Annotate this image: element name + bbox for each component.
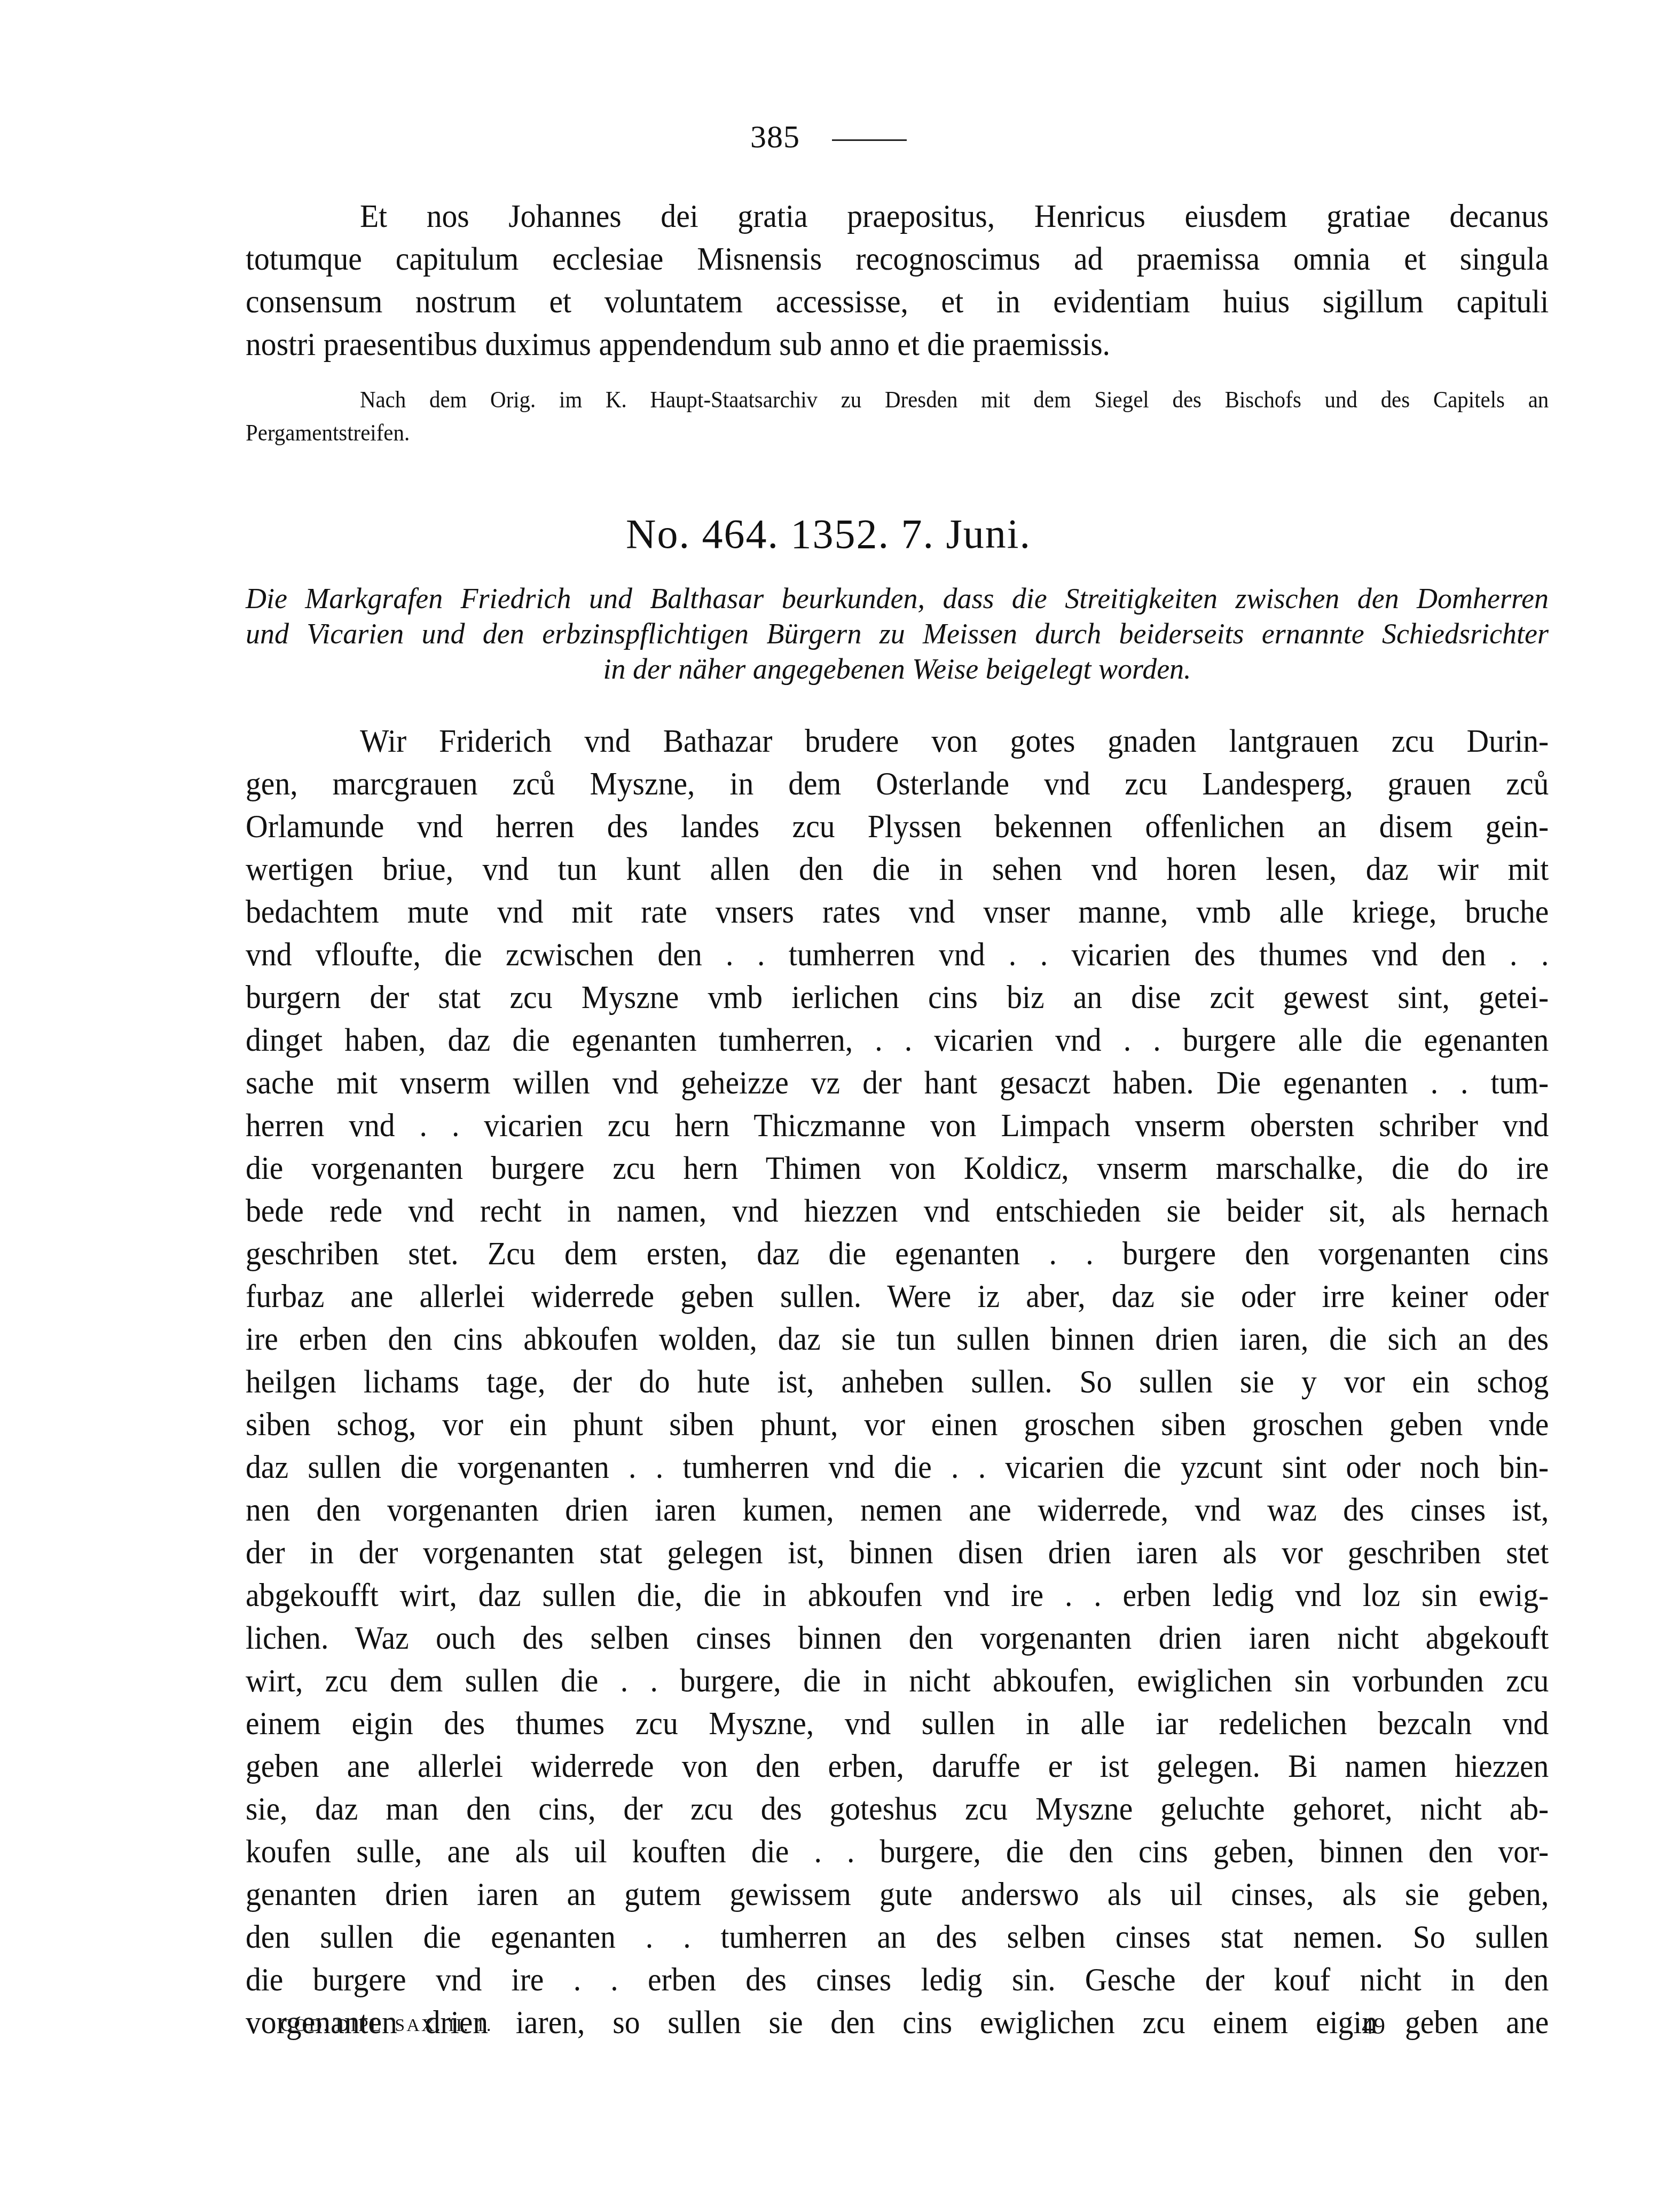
text-line: gen, marcgrauen zců Myszne, in dem Oster… <box>246 762 1549 805</box>
text-line: wertigen briue, vnd tun kunt allen den d… <box>246 848 1549 891</box>
text-line: die burgere vnd ire . . erben des cinses… <box>246 1958 1549 2001</box>
text-line: sache mit vnserm willen vnd geheizze vz … <box>246 1061 1549 1104</box>
text-line: Et nos Johannes dei gratia praepositus, … <box>246 195 1549 238</box>
text-line: sie, daz man den cins, der zcu des gotes… <box>246 1788 1549 1830</box>
text-line: furbaz ane allerlei widerrede geben sull… <box>246 1275 1549 1318</box>
document-body: Wir Friderich vnd Bathazar brudere von g… <box>246 720 1549 2044</box>
text-line: geschriben stet. Zcu dem ersten, daz die… <box>246 1232 1549 1275</box>
text-line: lichen. Waz ouch des selben cinses binne… <box>246 1617 1549 1659</box>
text-line: daz sullen die vorgenanten . . tumherren… <box>246 1446 1549 1489</box>
summary-line: und Vicarien und den erbzinspflichtigen … <box>246 616 1549 651</box>
text-line: herren vnd . . vicarien zcu hern Thiczma… <box>246 1104 1549 1147</box>
signature-mark: COD. DIPL. SAX. II. 1. <box>280 2016 493 2036</box>
text-line: vnd vfloufte, die zcwischen den . . tumh… <box>246 933 1549 976</box>
document-heading: No. 464. 1352. 7. Juni. <box>0 510 1657 558</box>
page-number-text: 385 <box>750 119 800 154</box>
text-line: dinget haben, daz die egenanten tumherre… <box>246 1019 1549 1061</box>
source-note: Nach dem Orig. im K. Haupt-Staatsarchiv … <box>246 383 1549 450</box>
text-line: einem eigin des thumes zcu Myszne, vnd s… <box>246 1702 1549 1745</box>
text-line: geben ane allerlei widerrede von den erb… <box>246 1745 1549 1788</box>
text-line: die vorgenanten burgere zcu hern Thimen … <box>246 1147 1549 1190</box>
text-line: abgekoufft wirt, daz sullen die, die in … <box>246 1574 1549 1617</box>
text-line: nostri praesentibus duximus appendendum … <box>246 323 1549 366</box>
text-line: den sullen die egenanten . . tumherren a… <box>246 1916 1549 1958</box>
page-number: 385 <box>0 119 1657 155</box>
summary-line: in der näher angegebenen Weise beigelegt… <box>246 651 1549 687</box>
text-line: heilgen lichams tage, der do hute ist, a… <box>246 1360 1549 1403</box>
summary-line: Die Markgrafen Friedrich und Balthasar b… <box>246 581 1549 616</box>
text-line: burgern der stat zcu Myszne vmb ierliche… <box>246 976 1549 1019</box>
text-line: totumque capitulum ecclesiae Misnensis r… <box>246 238 1549 280</box>
sheet-number: 49 <box>1362 2012 1385 2040</box>
text-line: siben schog, vor ein phunt siben phunt, … <box>246 1403 1549 1446</box>
text-line: Orlamunde vnd herren des landes zcu Plys… <box>246 805 1549 848</box>
text-line: der in der vorgenanten stat gelegen ist,… <box>246 1531 1549 1574</box>
note-line: Nach dem Orig. im K. Haupt-Staatsarchiv … <box>246 383 1549 416</box>
header-dash <box>832 139 907 141</box>
text-line: wirt, zcu dem sullen die . . burgere, di… <box>246 1659 1549 1702</box>
text-line: genanten drien iaren an gutem gewissem g… <box>246 1873 1549 1916</box>
text-line: consensum nostrum et voluntatem accessis… <box>246 280 1549 323</box>
text-line: ire erben den cins abkoufen wolden, daz … <box>246 1318 1549 1360</box>
document-summary: Die Markgrafen Friedrich und Balthasar b… <box>246 581 1549 687</box>
text-line: bede rede vnd recht in namen, vnd hiezze… <box>246 1190 1549 1232</box>
intro-paragraph: Et nos Johannes dei gratia praepositus, … <box>246 195 1549 366</box>
text-line: nen den vorgenanten drien iaren kumen, n… <box>246 1489 1549 1531</box>
text-line: koufen sulle, ane als uil kouften die . … <box>246 1830 1549 1873</box>
text-line: Wir Friderich vnd Bathazar brudere von g… <box>246 720 1549 762</box>
note-line: Pergamentstreifen. <box>246 416 1549 450</box>
text-line: bedachtem mute vnd mit rate vnsers rates… <box>246 891 1549 933</box>
